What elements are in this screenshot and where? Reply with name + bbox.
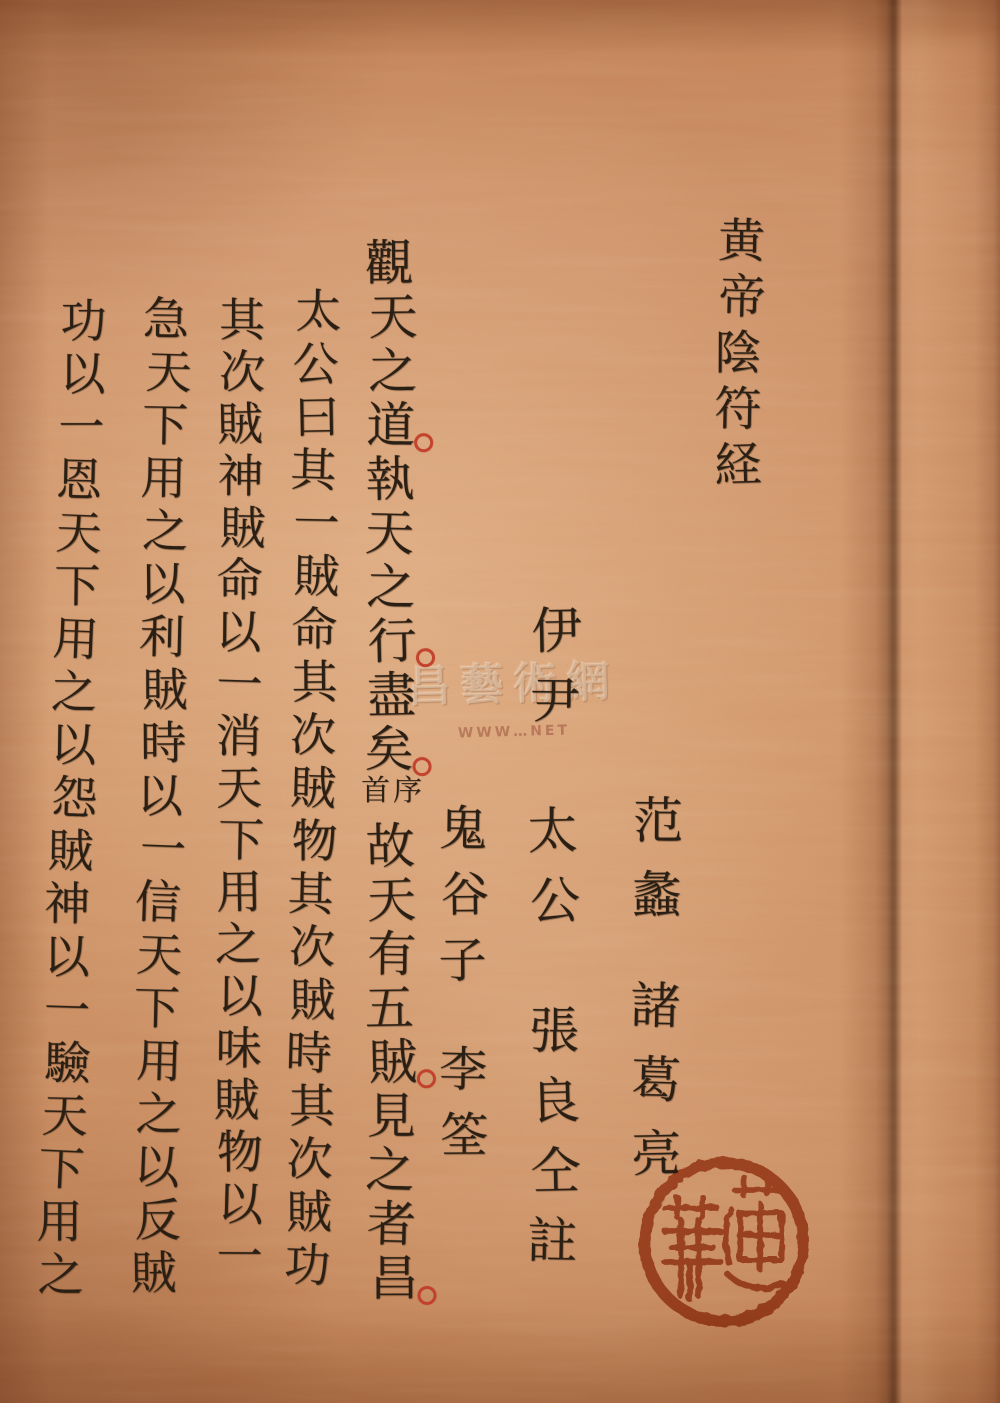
seal-glyph-right — [726, 1175, 784, 1288]
glyph-cell: 一 — [48, 400, 115, 453]
glyph-cell: 之 — [40, 665, 107, 719]
glyph-cell: 其 — [276, 866, 344, 921]
glyph-cell: 賊 — [357, 1034, 429, 1089]
glyph-cell: 一 — [129, 821, 198, 876]
glyph-cell: 以 — [204, 606, 272, 659]
glyph-cell: 賊 — [37, 823, 105, 877]
glyph-cell: 反 — [124, 1193, 191, 1246]
glyph-cell: 執 — [354, 451, 426, 507]
column-gap — [428, 994, 498, 1037]
interlinear-note: 序首 — [356, 776, 427, 819]
glyph-cell: 次 — [276, 1132, 343, 1185]
column-gap — [620, 932, 693, 969]
glyph-cell: 消 — [205, 710, 273, 763]
glyph-cell: 以 — [206, 1177, 274, 1231]
glyph-cell: 之 — [131, 503, 199, 558]
glyph-cell: 黄 — [707, 212, 776, 269]
text-column-2: 太公曰其一賊命其次賊物其次賊時其次賊功 — [276, 284, 350, 1291]
glyph-cell: 下 — [131, 397, 199, 451]
text-column-1: 觀天之道執天之行盡矣序首故天有五賊見之者昌 — [356, 236, 427, 1305]
glyph-cell: 以 — [39, 717, 107, 771]
red-punctuation-circle — [418, 1286, 437, 1305]
glyph-cell: 道 — [355, 398, 426, 452]
seal-stamp — [634, 1150, 814, 1334]
glyph-cell: 李 — [427, 1036, 498, 1104]
glyph-cell: 曰 — [283, 389, 351, 443]
commentators-right-column: 范蠡諸葛亮 — [620, 784, 693, 1191]
glyph-cell: 天 — [125, 927, 194, 983]
glyph-cell: 行 — [356, 613, 428, 669]
glyph-cell: 功 — [50, 294, 117, 347]
glyph-cell: 帝 — [707, 268, 776, 326]
glyph-cell: 見 — [356, 1089, 427, 1143]
glyph-cell: 恩 — [45, 452, 113, 507]
glyph-cell: 以 — [128, 557, 196, 611]
glyph-cell: 神 — [207, 450, 274, 502]
glyph-cell: 仝 — [518, 1135, 593, 1207]
glyph-cell: 以 — [206, 970, 274, 1023]
glyph-cell: 用 — [205, 865, 273, 918]
glyph-cell: 其 — [281, 655, 348, 709]
glyph-cell: 之 — [125, 1087, 192, 1141]
commentators-center-column: 伊尹太公張良仝註 — [518, 596, 591, 1276]
text-column-4: 急天下用之以利賊時以一信天下用之以反賊 — [121, 292, 202, 1300]
glyph-cell: 命 — [206, 554, 273, 606]
glyph-cell: 公 — [281, 336, 349, 390]
glyph-cell: 之 — [355, 560, 427, 615]
glyph-cell: 用 — [26, 1195, 93, 1248]
glyph-cell: 其 — [279, 442, 348, 497]
glyph-cell: 賊 — [203, 1074, 270, 1126]
glyph-cell: 天 — [355, 872, 427, 928]
glyph-cell: 次 — [208, 345, 276, 398]
glyph-cell: 尹 — [518, 666, 592, 737]
glyph-cell: 五 — [353, 980, 425, 1035]
seal-glyph-left — [665, 1172, 721, 1300]
glyph-cell: 用 — [125, 1033, 194, 1088]
glyph-cell: 信 — [124, 874, 193, 929]
glyph-cell: 太 — [285, 284, 352, 337]
glyph-cell: 下 — [207, 813, 275, 866]
glyph-cell: 用 — [41, 610, 110, 666]
glyph-cell: 以 — [122, 1139, 191, 1195]
glyph-cell: 符 — [703, 380, 772, 438]
glyph-cell: 以 — [33, 930, 100, 983]
red-punctuation-circle — [413, 757, 432, 776]
commentators-left-column: 鬼谷子李筌 — [428, 796, 498, 1169]
interlinear-note-right-char: 序 — [393, 776, 422, 819]
glyph-cell: 矣 — [354, 722, 425, 776]
glyph-cell: 賊 — [283, 548, 351, 603]
glyph-cell: 時 — [275, 1025, 344, 1080]
glyph-cell: 下 — [123, 980, 191, 1035]
glyph-cell: 賊 — [276, 1185, 343, 1238]
glyph-cell: 賊 — [132, 663, 199, 716]
red-punctuation-circle — [414, 433, 433, 452]
glyph-cell: 有 — [356, 927, 428, 982]
glyph-cell: 其 — [278, 1079, 345, 1132]
glyph-cell: 以 — [49, 347, 116, 400]
glyph-cell: 者 — [355, 1196, 427, 1252]
glyph-cell: 一 — [205, 657, 274, 711]
glyph-cell: 谷 — [429, 862, 500, 929]
glyph-cell: 之 — [354, 1142, 427, 1198]
glyph-cell: 觀 — [353, 236, 424, 290]
glyph-cell: 天 — [353, 505, 425, 561]
glyph-cell: 伊 — [519, 595, 593, 667]
glyph-cell: 命 — [281, 602, 348, 655]
glyph-cell: 天 — [135, 344, 204, 399]
glyph-cell: 之 — [204, 917, 272, 970]
glyph-cell: 之 — [27, 1248, 94, 1301]
glyph-cell: 驗 — [34, 1035, 102, 1089]
glyph-cell: 急 — [132, 292, 200, 346]
glyph-cell: 天 — [205, 762, 273, 815]
glyph-cell: 范 — [621, 784, 695, 859]
glyph-cell: 次 — [278, 920, 345, 974]
glyph-cell: 一 — [282, 495, 350, 549]
glyph-cell: 以 — [126, 769, 193, 822]
column-gap — [518, 736, 591, 796]
glyph-cell: 註 — [515, 1205, 589, 1277]
glyph-cell: 鬼 — [428, 795, 499, 862]
interlinear-note-left-char: 首 — [361, 776, 390, 819]
glyph-cell: 陰 — [704, 325, 772, 381]
glyph-cell: 諸 — [618, 968, 693, 1044]
text-column-3: 其次賊神賊命以一消天下用之以味賊物以一 — [204, 294, 276, 1282]
title-column: 黄帝陰符経 — [706, 213, 774, 493]
glyph-cell: 張 — [518, 996, 591, 1066]
glyph-cell: 子 — [427, 928, 497, 994]
glyph-cell: 賊 — [120, 1245, 188, 1299]
glyph-cell: 昌 — [358, 1251, 429, 1305]
glyph-cell: 用 — [130, 450, 198, 504]
glyph-cell: 筌 — [429, 1103, 499, 1169]
glyph-cell: 物 — [206, 1126, 274, 1179]
glyph-cell: 怨 — [40, 770, 109, 826]
glyph-cell: 天 — [44, 505, 113, 561]
glyph-cell: 蠡 — [620, 858, 693, 932]
glyph-cell: 利 — [128, 609, 196, 664]
manuscript-page: { "manuscript": { "title": "黄帝陰符経", "com… — [0, 0, 1000, 1403]
glyph-cell: 良 — [517, 1065, 592, 1137]
glyph-cell: 功 — [273, 1237, 342, 1292]
glyph-cell: 時 — [130, 716, 197, 769]
glyph-cell: 賊 — [209, 502, 277, 555]
glyph-cell: 下 — [43, 558, 111, 612]
glyph-cell: 神 — [33, 876, 101, 930]
glyph-cell: 下 — [27, 1140, 96, 1196]
glyph-cell: 葛 — [618, 1042, 693, 1118]
glyph-cell: 一 — [206, 1230, 273, 1282]
glyph-cell: 賊 — [206, 397, 274, 450]
glyph-cell: 経 — [703, 436, 773, 494]
glyph-cell: 天 — [357, 290, 429, 345]
glyph-cell: 一 — [33, 982, 102, 1037]
glyph-cell: 天 — [31, 1088, 99, 1143]
glyph-cell: 盡 — [356, 667, 428, 722]
column-gap — [518, 936, 591, 996]
glyph-cell: 公 — [518, 865, 592, 937]
glyph-cell: 太 — [515, 795, 590, 867]
glyph-cell: 物 — [281, 814, 348, 867]
glyph-cell: 故 — [354, 818, 426, 874]
glyph-cell: 賊 — [279, 760, 348, 815]
glyph-cell: 其 — [209, 294, 276, 346]
glyph-cell: 味 — [205, 1022, 273, 1075]
glyph-cell: 次 — [279, 708, 347, 762]
glyph-cell: 賊 — [279, 973, 346, 1026]
glyph-cell: 之 — [357, 344, 428, 399]
